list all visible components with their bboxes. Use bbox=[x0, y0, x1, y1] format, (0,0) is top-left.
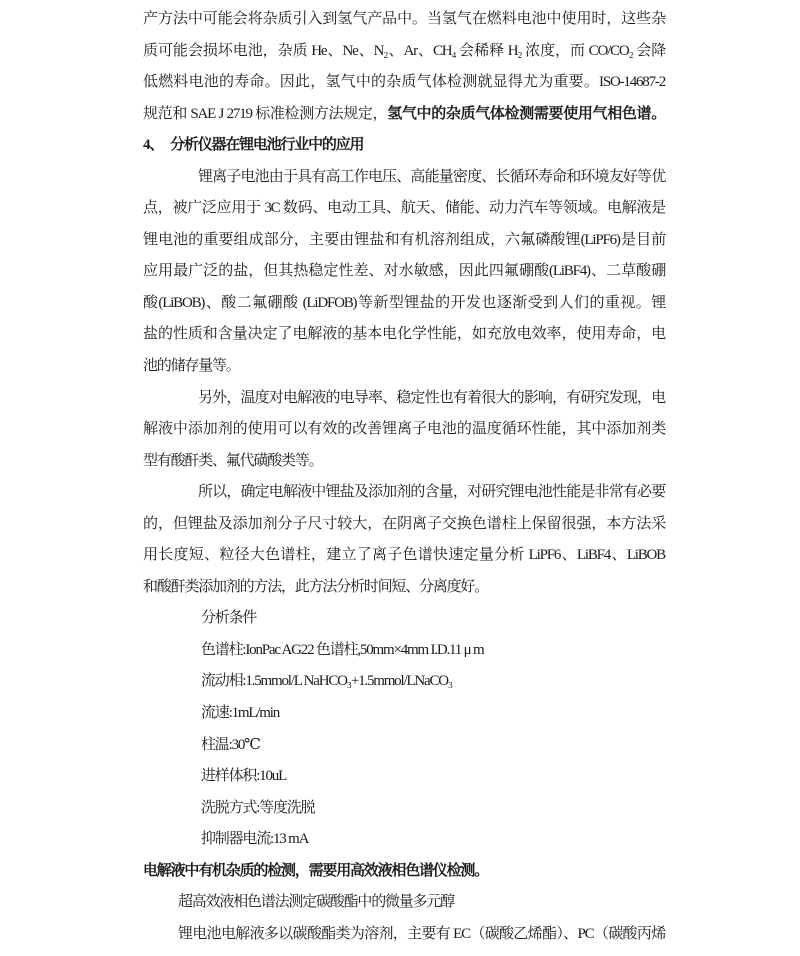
condition-line-flow-rate: 流速:1mL/min bbox=[143, 698, 665, 730]
body-line: 的，但锂盐及添加剂分子尺寸较大，在阴离子交换色谱柱上保留很强，本方法采 bbox=[143, 509, 665, 541]
body-line: 低燃料电池的寿命。因此，氢气中的杂质气体检测就显得尤为重要。ISO-14687-… bbox=[143, 67, 665, 99]
condition-line-elution-mode: 洗脱方式:等度洗脱 bbox=[143, 793, 665, 825]
body-line: 型有酸酐类、氟代磺酸类等。 bbox=[143, 446, 665, 478]
analysis-conditions-title: 分析条件 bbox=[143, 603, 665, 635]
body-line: 另外，温度对电解液的电导率、稳定性也有着很大的影响，有研究发现，电 bbox=[143, 383, 665, 415]
document-content: 产方法中可能会将杂质引入到氢气产品中。当氢气在燃料电池中使用时，这些杂 质可能会… bbox=[143, 4, 665, 950]
document-page: 产方法中可能会将杂质引入到氢气产品中。当氢气在燃料电池中使用时，这些杂 质可能会… bbox=[0, 0, 800, 956]
body-line: 锂离子电池由于具有高工作电压、高能量密度、长循环寿命和环境友好等优 bbox=[143, 162, 665, 194]
condition-line-mobile-phase: 流动相:1.5mmol/L NaHCO₃+1.5mmol/LNaCO₃ bbox=[143, 666, 665, 698]
body-line: 酸(LiBOB)、酸二氟硼酸 (LiDFOB)等新型锂盐的开发也逐渐受到人们的重… bbox=[143, 288, 665, 320]
body-line: 所以，确定电解液中锂盐及添加剂的含量，对研究锂电池性能是非常有必要 bbox=[143, 477, 665, 509]
body-line: 盐的性质和含量决定了电解液的基本电化学性能，如充放电效率，使用寿命，电 bbox=[143, 319, 665, 351]
body-text: 规范和 SAE J 2719 标准检测方法规定， bbox=[143, 106, 387, 122]
body-line: 锂电池电解液多以碳酸酯类为溶剂，主要有 EC（碳酸乙烯酯）、PC（碳酸丙烯 bbox=[143, 919, 665, 951]
body-line: 和酸酐类添加剂的方法，此方法分析时间短、分离度好。 bbox=[143, 572, 665, 604]
body-line: 解液中添加剂的使用可以有效的改善锂离子电池的温度循环性能，其中添加剂类 bbox=[143, 414, 665, 446]
body-line: 池的储存量等。 bbox=[143, 351, 665, 383]
section-heading-4: 4、分析仪器在锂电池行业中的应用 bbox=[143, 130, 665, 162]
body-line: 用长度短、粒径大色谱柱，建立了离子色谱快速定量分析 LiPF6、LiBF4、Li… bbox=[143, 540, 665, 572]
section-title: 分析仪器在锂电池行业中的应用 bbox=[170, 137, 363, 153]
section-number: 4、 bbox=[143, 137, 170, 153]
bold-emphasis-text: 氢气中的杂质气体检测需要使用气相色谱。 bbox=[387, 106, 665, 122]
body-line: 点，被广泛应用于 3C 数码、电动工具、航天、储能、动力汽车等领域。电解液是 bbox=[143, 193, 665, 225]
bold-note-line: 电解液中有机杂质的检测，需要用高效液相色谱仪检测。 bbox=[143, 856, 665, 888]
subsection-title-line: 超高效液相色谱法测定碳酸酯中的微量多元醇 bbox=[143, 887, 665, 919]
body-line: 规范和 SAE J 2719 标准检测方法规定，氢气中的杂质气体检测需要使用气相… bbox=[143, 99, 665, 131]
condition-line-suppressor-current: 抑制器电流:13 mA bbox=[143, 824, 665, 856]
body-line: 质可能会损坏电池，杂质 He、Ne、N₂、Ar、CH₄ 会稀释 H₂ 浓度，而 … bbox=[143, 36, 665, 68]
body-line: 锂电池的重要组成部分，主要由锂盐和有机溶剂组成，六氟磷酸锂(LiPF6)是目前 bbox=[143, 225, 665, 257]
body-line: 产方法中可能会将杂质引入到氢气产品中。当氢气在燃料电池中使用时，这些杂 bbox=[143, 4, 665, 36]
condition-line-column: 色谱柱:IonPac AG22 色谱柱,50mm×4mm I.D.11 μ m bbox=[143, 635, 665, 667]
condition-line-injection-volume: 进样体积:10uL bbox=[143, 761, 665, 793]
body-line: 应用最广泛的盐，但其热稳定性差、对水敏感，因此四氟硼酸(LiBF4)、二草酸硼 bbox=[143, 256, 665, 288]
condition-line-column-temperature: 柱温:30℃ bbox=[143, 730, 665, 762]
